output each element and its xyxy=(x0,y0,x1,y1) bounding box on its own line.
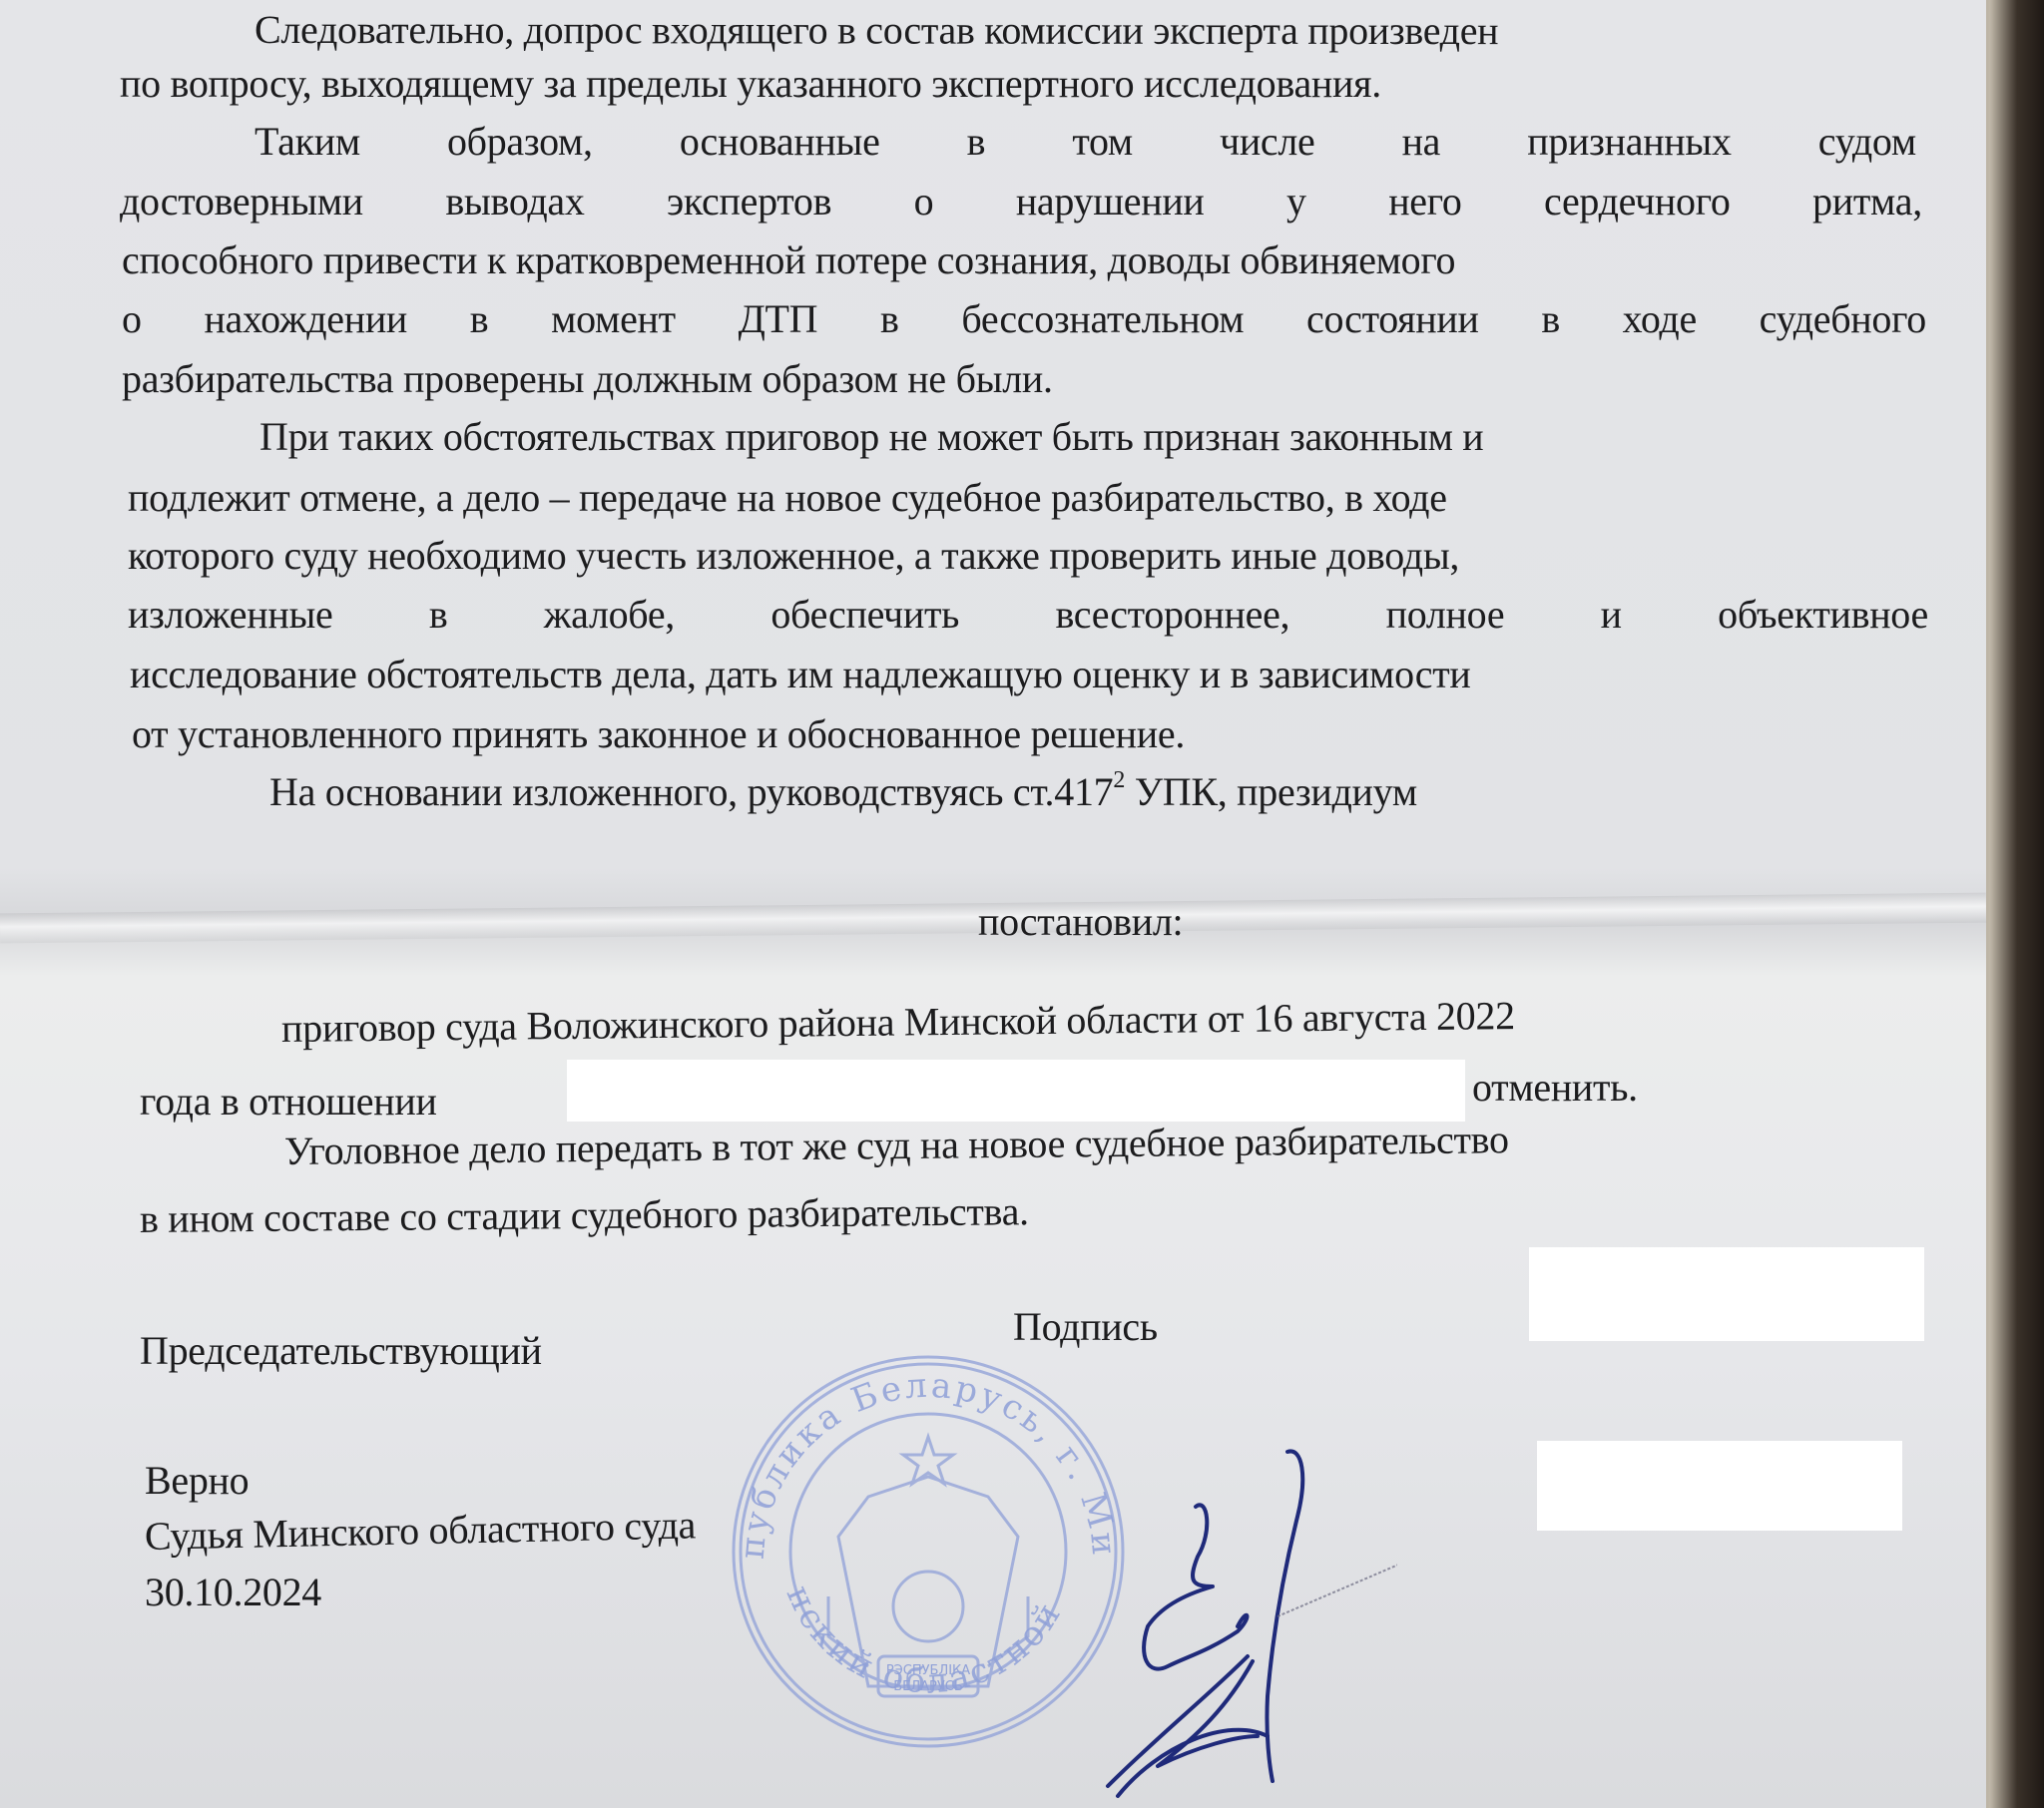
body-line: изложенныевжалобе,обеспечитьвсестороннее… xyxy=(128,591,1928,639)
body-line: При таких обстоятельствах приговор не мо… xyxy=(259,413,1483,461)
judge-title: Судья Минского областного суда xyxy=(144,1501,696,1561)
handwritten-signature-icon xyxy=(1078,1437,1397,1806)
ruling-line: года в отношении xyxy=(140,1078,437,1126)
redacted-judge-name xyxy=(1537,1441,1902,1531)
certification-date: 30.10.2024 xyxy=(145,1569,321,1616)
certified-label: Верно xyxy=(145,1457,249,1505)
body-line: подлежит отмене, а дело – передаче на но… xyxy=(128,474,1447,522)
body-line: Такимобразом,основанныевтомчисленапризна… xyxy=(255,118,1916,166)
body-line: Следовательно, допрос входящего в состав… xyxy=(255,6,1498,55)
body-line: разбирательства проверены должным образо… xyxy=(122,355,1053,403)
ruling-line: приговор суда Воложинского района Минско… xyxy=(281,992,1515,1053)
body-line: способного привести к кратковременной по… xyxy=(122,236,1455,284)
redacted-defendant-name xyxy=(567,1060,1465,1122)
ruling-heading: постановил: xyxy=(978,898,1183,946)
ruling-line: отменить. xyxy=(1472,1064,1638,1112)
body-line: по вопросу, выходящему за пределы указан… xyxy=(120,60,1381,108)
presiding-label: Председательствующий xyxy=(140,1327,542,1375)
ruling-line: в ином составе со стадии судебного разби… xyxy=(140,1187,1029,1243)
body-line: которого суду необходимо учесть изложенн… xyxy=(128,532,1459,580)
body-line: На основании изложенного, руководствуясь… xyxy=(269,768,1417,816)
document-page: Следовательно, допрос входящего в состав… xyxy=(0,0,1986,1808)
body-line: онахождениивмоментДТПвбессознательномсос… xyxy=(122,295,1926,343)
body-line: исследование обстоятельств дела, дать им… xyxy=(130,651,1471,698)
redacted-presiding-name xyxy=(1529,1247,1924,1341)
svg-text:РЭСПУБЛІКА: РЭСПУБЛІКА xyxy=(886,1663,970,1678)
svg-text:БЕЛАРУСЬ: БЕЛАРУСЬ xyxy=(893,1679,963,1694)
body-line: достовернымивыводахэкспертовонарушенииун… xyxy=(120,178,1922,226)
body-line: от установленного принять законное и обо… xyxy=(132,710,1185,758)
ruling-line: Уголовное дело передать в тот же суд на … xyxy=(284,1116,1509,1175)
court-seal-stamp-icon: Республика Беларусь, г. Минск Минский об… xyxy=(719,1337,1138,1756)
